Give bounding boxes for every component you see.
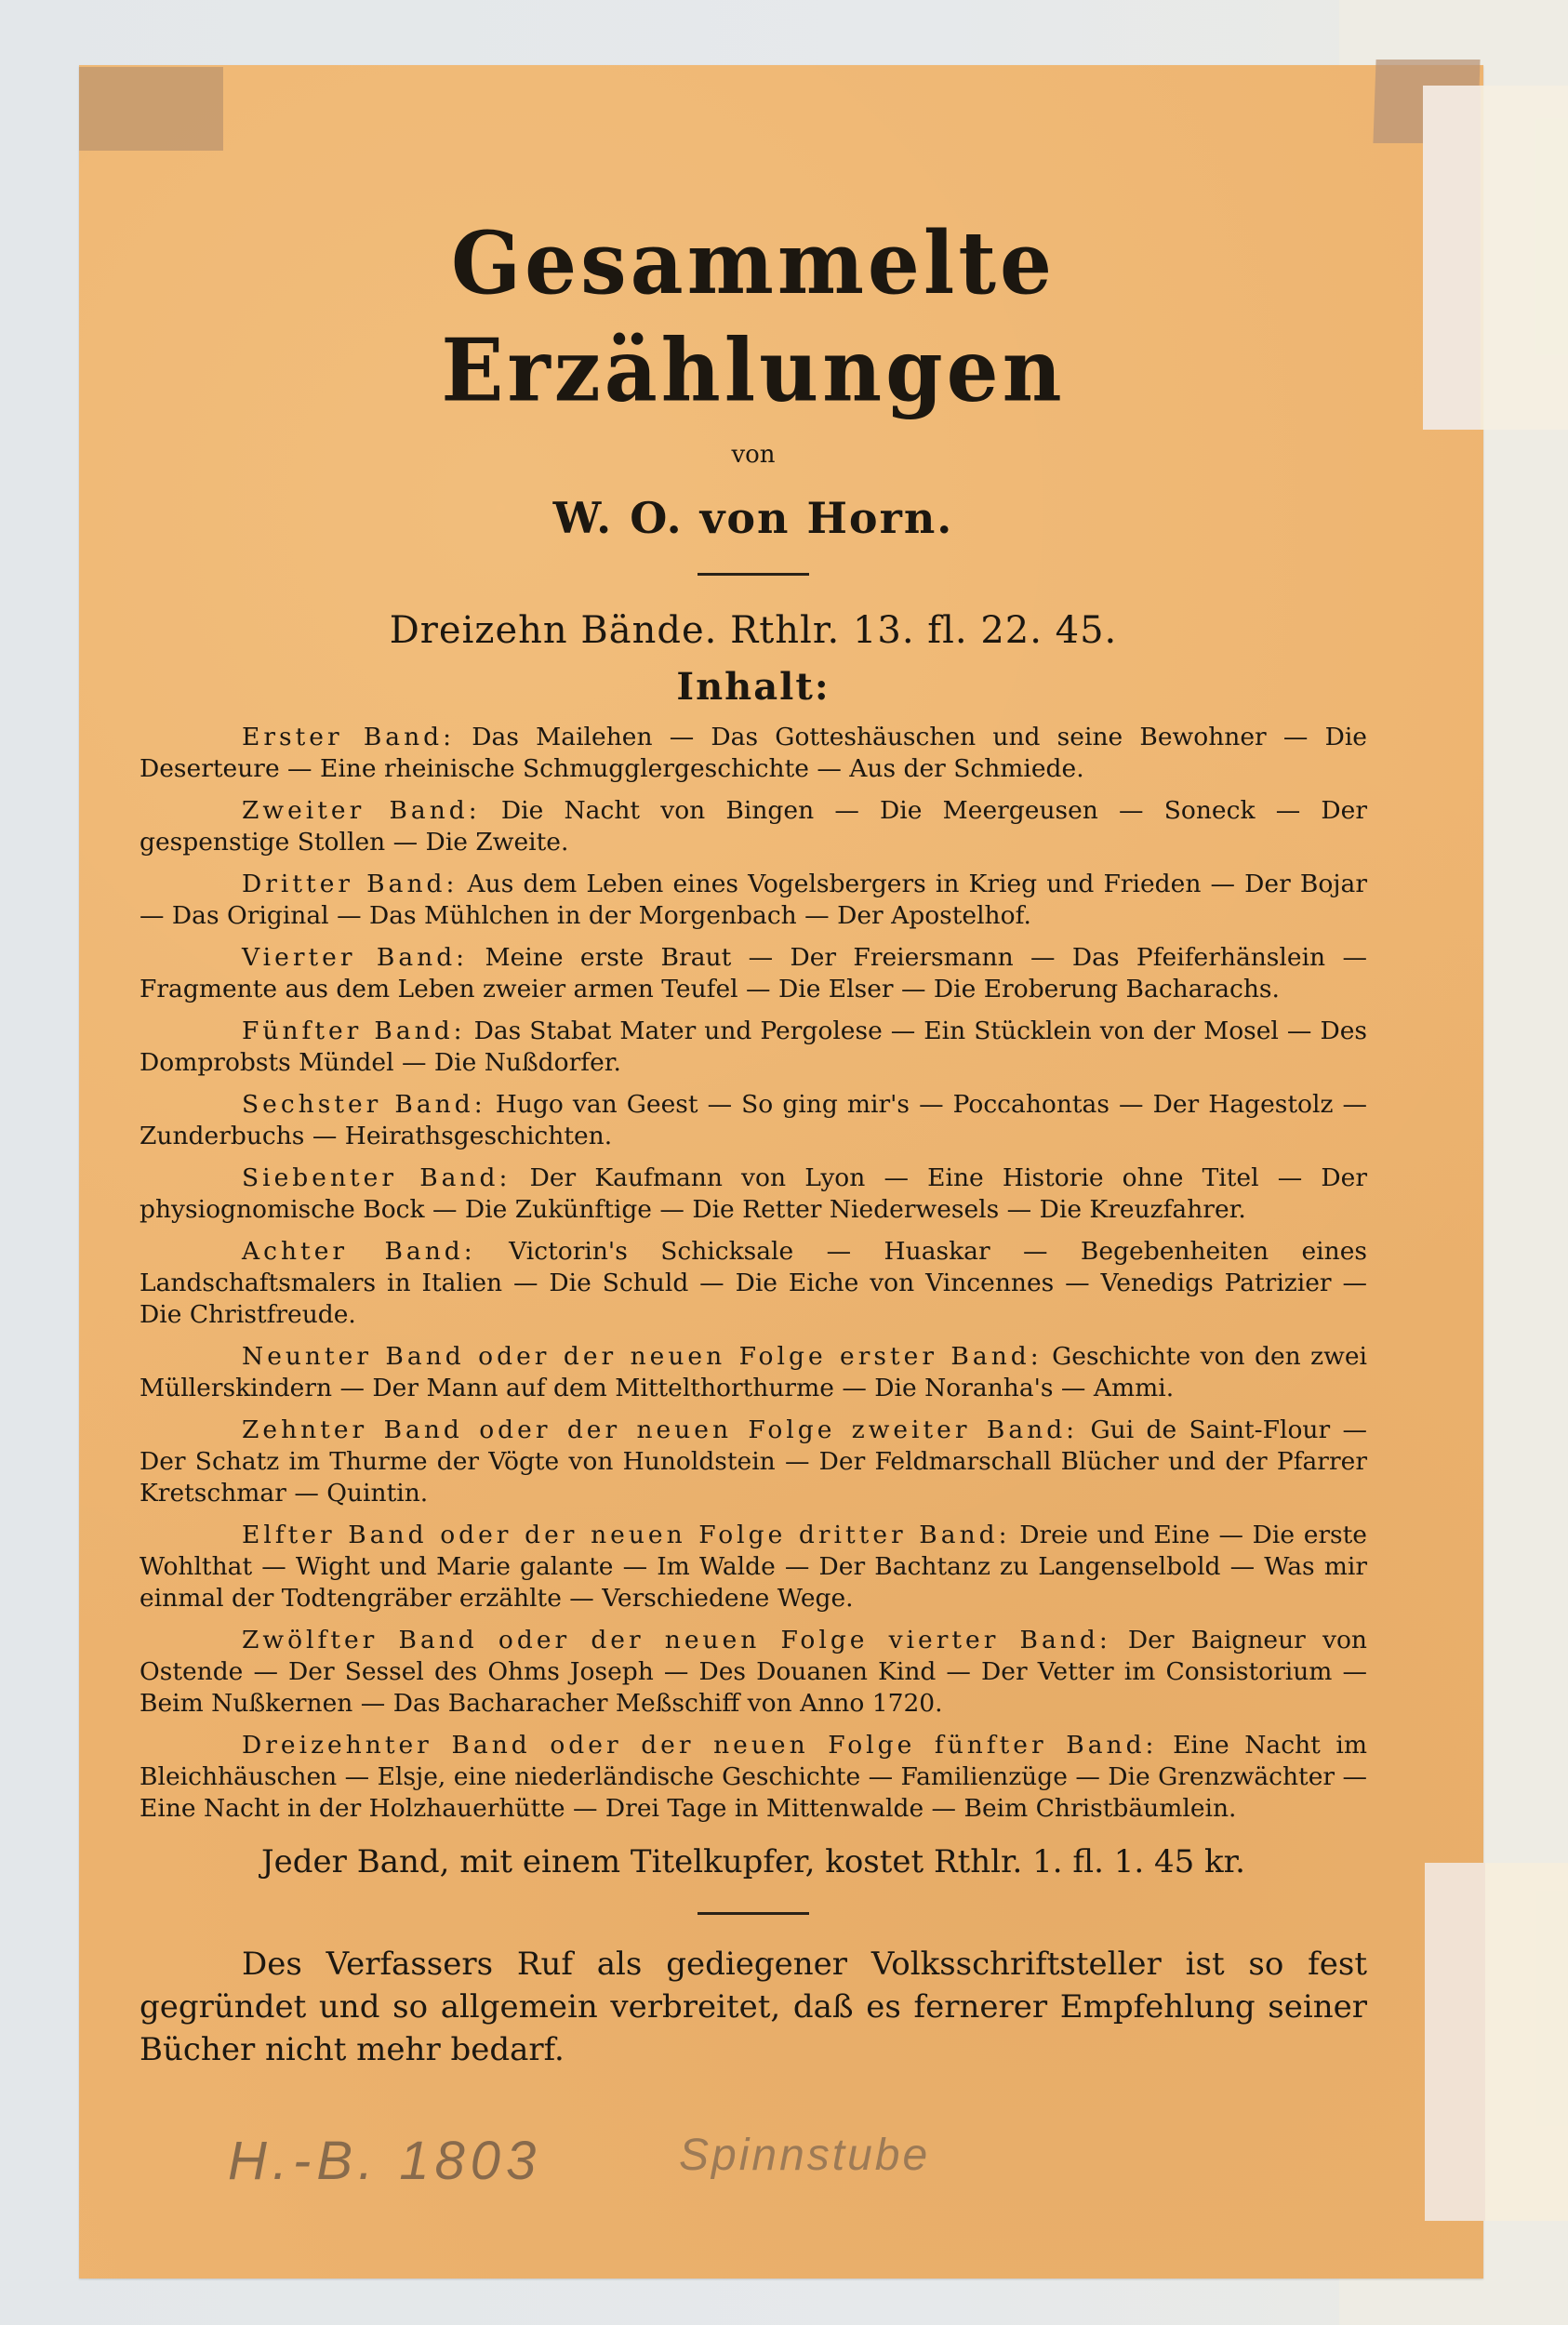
volume-label: Elfter Band oder der neuen Folge dritter… [242, 1521, 1011, 1549]
contents-heading: Inhalt: [140, 665, 1367, 709]
volume-entry: Achter Band: Victorin's Schicksale — Hua… [140, 1236, 1367, 1331]
volume-entry: Sechster Band: Hugo van Geest — So ging … [140, 1089, 1367, 1152]
volume-label: Achter Band: [242, 1237, 476, 1266]
volume-entry: Vierter Band: Meine erste Braut — Der Fr… [140, 942, 1367, 1005]
volume-label: Zehnter Band oder der neuen Folge zweite… [242, 1415, 1078, 1444]
divider-rule [698, 573, 809, 576]
volume-label: Fünfter Band: [242, 1016, 466, 1045]
volume-label: Dreizehnter Band oder der neuen Folge fü… [242, 1731, 1157, 1760]
tape-top-left [79, 67, 223, 151]
volume-entry: Elfter Band oder der neuen Folge dritter… [140, 1520, 1367, 1614]
volume-label: Erster Band: [242, 723, 455, 751]
volume-entry: Dreizehnter Band oder der neuen Folge fü… [140, 1730, 1367, 1825]
volume-entry: Zwölfter Band oder der neuen Folge viert… [140, 1625, 1367, 1720]
volume-label: Dritter Band: [242, 870, 458, 898]
volume-list: Erster Band: Das Mailehen — Das Gotteshä… [140, 722, 1367, 1825]
handwritten-shelfmark: H.-B. 1803 [228, 2130, 541, 2192]
set-price: Dreizehn Bände. Rthlr. 13. fl. 22. 45. [140, 609, 1367, 652]
handwritten-note: Spinnstube [679, 2130, 930, 2181]
per-volume-price: Jeder Band, mit einem Titelkupfer, koste… [140, 1843, 1367, 1880]
volume-entry: Dritter Band: Aus dem Leben eines Vogels… [140, 869, 1367, 932]
volume-entry: Siebenter Band: Der Kaufmann von Lyon — … [140, 1162, 1367, 1226]
tape-right-lower [1425, 1863, 1568, 2221]
document-title: Gesammelte Erzählungen [140, 209, 1367, 424]
publisher-blurb: Des Verfassers Ruf als gediegener Volkss… [140, 1943, 1367, 2071]
volume-entry: Erster Band: Das Mailehen — Das Gotteshä… [140, 722, 1367, 785]
volume-label: Zwölfter Band oder der neuen Folge viert… [242, 1626, 1111, 1654]
volume-entry: Neunter Band oder der neuen Folge erster… [140, 1341, 1367, 1404]
volume-label: Neunter Band oder der neuen Folge erster… [242, 1342, 1043, 1371]
tape-right-upper [1423, 86, 1568, 430]
volume-label: Siebenter Band: [242, 1163, 511, 1192]
volume-entry: Zweiter Band: Die Nacht von Bingen — Die… [140, 795, 1367, 858]
volume-label: Zweiter Band: [242, 796, 481, 825]
divider-rule [698, 1912, 809, 1915]
author-name: W. O. von Horn. [140, 493, 1367, 543]
byline: von [140, 441, 1367, 469]
volume-label: Vierter Band: [242, 943, 468, 972]
volume-entry: Zehnter Band oder der neuen Folge zweite… [140, 1415, 1367, 1509]
volume-entry: Fünfter Band: Das Stabat Mater und Pergo… [140, 1016, 1367, 1079]
volume-label: Sechster Band: [242, 1090, 486, 1119]
document-content: Gesammelte Erzählungen von W. O. von Hor… [140, 214, 1367, 2071]
